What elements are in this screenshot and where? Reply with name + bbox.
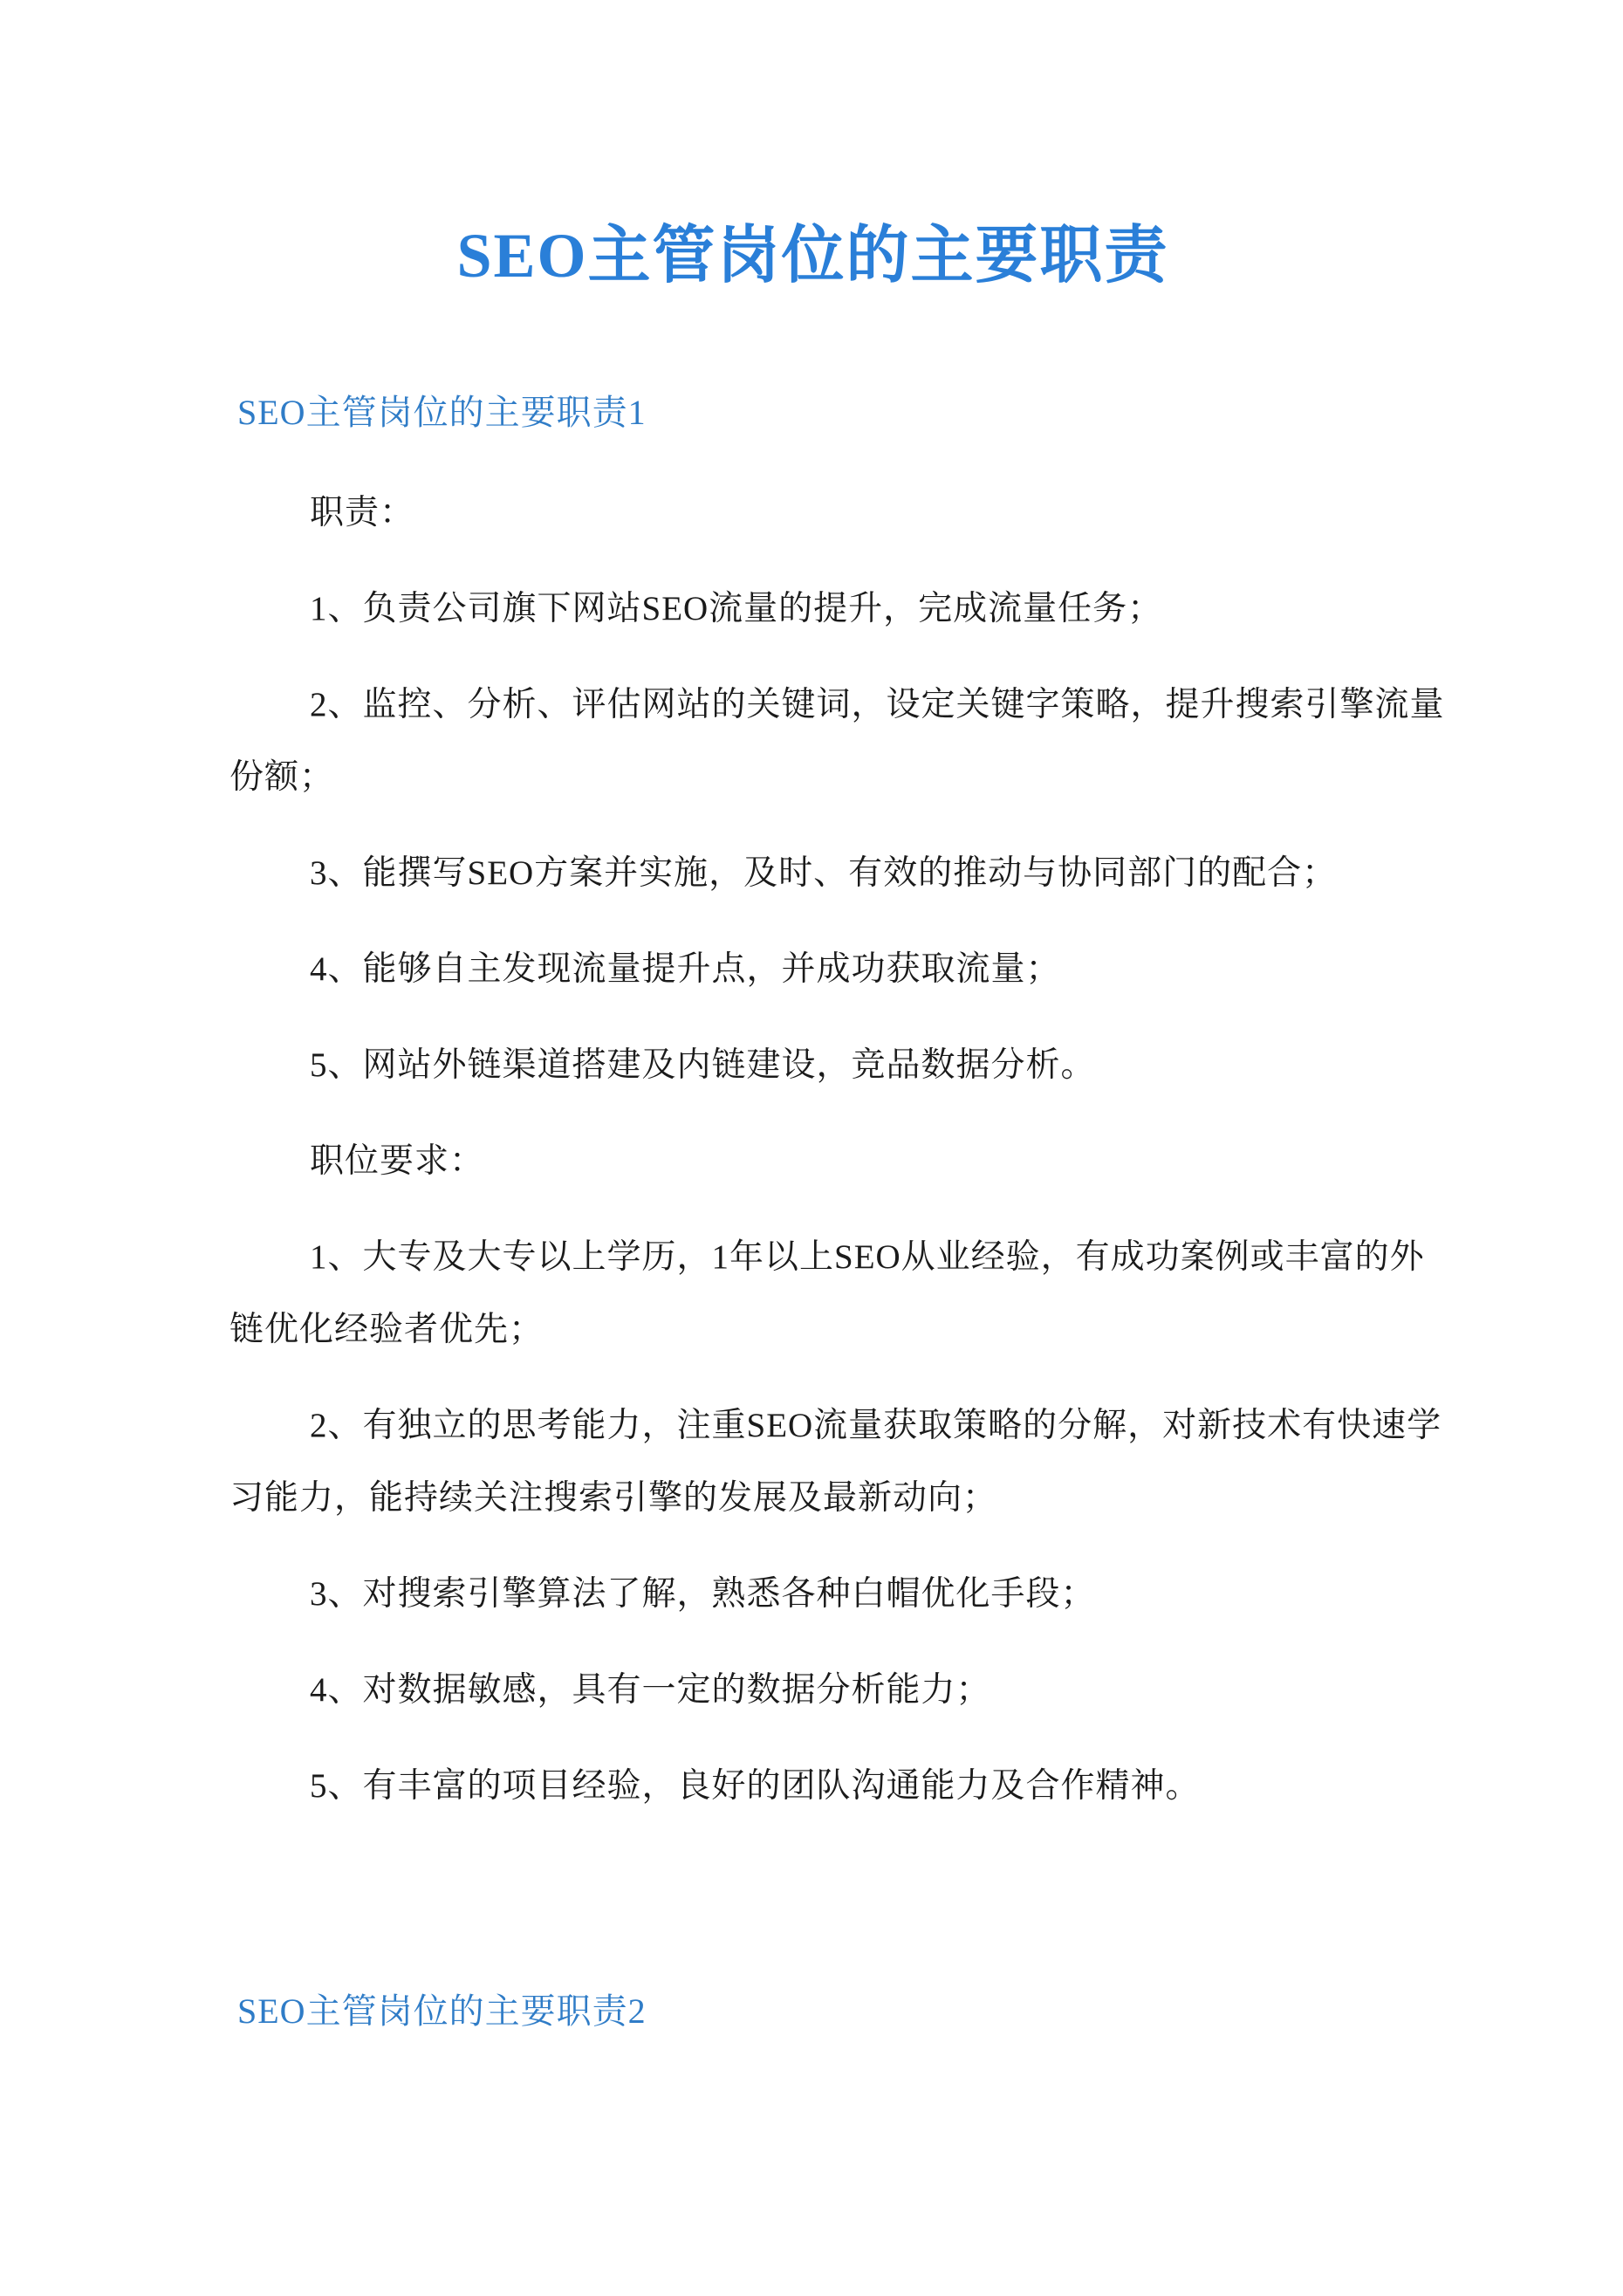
section-1-duty-item-1: 1、负责公司旗下网站SEO流量的提升，完成流量任务； (229, 572, 1451, 645)
section-1-requirement-item-5: 5、有丰富的项目经验，良好的团队沟通能力及合作精神。 (229, 1750, 1451, 1822)
section-2-heading: SEO主管岗位的主要职责2 (229, 1989, 1396, 2034)
section-1-requirement-item-3: 3、对搜索引擎算法了解，熟悉各种白帽优化手段； (229, 1558, 1451, 1630)
section-1-duty-item-5: 5、网站外链渠道搭建及内链建设，竞品数据分析。 (229, 1029, 1451, 1101)
section-1-paragraph-duty-label: 职责： (229, 476, 1451, 549)
section-1-requirement-item-4: 4、对数据敏感，具有一定的数据分析能力； (229, 1654, 1451, 1726)
section-1-requirement-item-2: 2、有独立的思考能力，注重SEO流量获取策略的分解，对新技术有快速学 习能力，能… (229, 1389, 1451, 1534)
document-content: SEO主管岗位的主要职责 SEO主管岗位的主要职责1 职责： 1、负责公司旗下网… (229, 218, 1396, 2034)
section-1-duty-item-4: 4、能够自主发现流量提升点，并成功获取流量； (229, 933, 1451, 1005)
document-title: SEO主管岗位的主要职责 (229, 218, 1396, 293)
section-1-requirement-item-1: 1、大专及大专以上学历，1年以上SEO从业经验，有成功案例或丰富的外 链优化经验… (229, 1221, 1451, 1366)
section-1-duty-item-3: 3、能撰写SEO方案并实施，及时、有效的推动与协同部门的配合； (229, 837, 1451, 909)
document-page: SEO主管岗位的主要职责 SEO主管岗位的主要职责1 职责： 1、负责公司旗下网… (0, 0, 1623, 2296)
section-1-paragraph-requirements-label: 职位要求： (229, 1125, 1451, 1197)
section-1-duty-item-2: 2、监控、分析、评估网站的关键词，设定关键字策略，提升搜索引擎流量 份额； (229, 668, 1451, 813)
section-1-heading: SEO主管岗位的主要职责1 (229, 390, 1396, 435)
